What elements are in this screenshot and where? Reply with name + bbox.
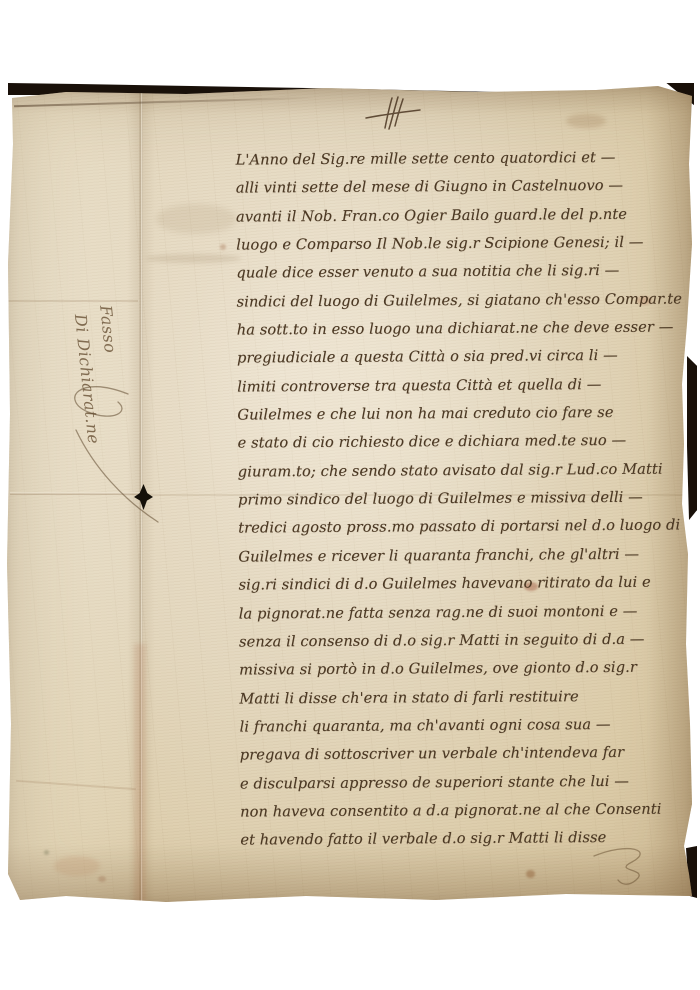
fold-discoloration <box>134 644 146 906</box>
manuscript-line: quale dice esser venuto a sua notitia ch… <box>236 262 676 293</box>
manuscript-line: la pignorat.ne fatta senza rag.ne di suo… <box>239 602 679 633</box>
manuscript-line: pregiudiciale a questa Città o sia pred.… <box>237 347 677 378</box>
scanned-letter-page: Fasso Di Dichiarat.ne L'Anno del Sig.re … <box>0 0 700 990</box>
bleed-through-smudge <box>146 254 241 263</box>
bleed-through-smudge <box>156 204 236 234</box>
manuscript-line: non haveva consentito a d.a pignorat.ne … <box>240 800 680 831</box>
cross-mark-icon <box>362 92 426 132</box>
paper-stain <box>220 244 226 250</box>
manuscript-paper: Fasso Di Dichiarat.ne L'Anno del Sig.re … <box>6 84 698 906</box>
manuscript-line: pregava di sottoscriver un verbale ch'in… <box>240 744 680 775</box>
manuscript-line: tredici agosto pross.mo passato di porta… <box>238 517 678 548</box>
manuscript-line: e stato di cio richiesto dice e dichiara… <box>238 432 678 463</box>
manuscript-line: L'Anno del Sig.re mille sette cento quat… <box>236 148 676 179</box>
docket-paraph-icon <box>58 372 188 622</box>
manuscript-line: Guilelmes e ricever li quaranta franchi,… <box>238 545 678 576</box>
manuscript-line: alli vinti sette del mese di Giugno in C… <box>236 177 676 208</box>
manuscript-line: missiva si portò in d.o Guilelmes, ove g… <box>239 659 679 690</box>
paper-speck <box>44 850 49 855</box>
manuscript-line: Guilelmes e che lui non ha mai creduto c… <box>237 404 677 435</box>
manuscript-line: li franchi quaranta, ma ch'avanti ogni c… <box>239 715 679 746</box>
manuscript-line: limiti controverse tra questa Città et q… <box>237 375 677 406</box>
paper-speck <box>98 876 106 882</box>
backdrop-right-sliver <box>687 356 697 520</box>
manuscript-line: sindici del luogo di Guilelmes, si giata… <box>237 290 677 321</box>
manuscript-line: luogo e Comparso Il Nob.le sig.r Scipion… <box>236 234 676 265</box>
letter-body: L'Anno del Sig.re mille sette cento quat… <box>236 148 681 860</box>
manuscript-line: e disculparsi appresso de superiori stan… <box>240 772 680 803</box>
manuscript-line: avanti il Nob. Fran.co Ogier Bailo guard… <box>236 205 676 236</box>
crease-line <box>8 300 138 302</box>
manuscript-line: senza il consenso di d.o sig.r Matti in … <box>239 630 679 661</box>
manuscript-line: Matti li disse ch'era in stato di farli … <box>239 687 679 718</box>
end-flourish-icon <box>588 844 668 900</box>
manuscript-line: giuram.to; che sendo stato avisato dal s… <box>238 460 678 491</box>
manuscript-line: sig.ri sindici di d.o Guilelmes havevano… <box>239 574 679 605</box>
manuscript-line: primo sindico del luogo di Guilelmes e m… <box>238 489 678 520</box>
paper-stain <box>54 856 100 876</box>
manuscript-line: ha sott.to in esso luogo una dichiarat.n… <box>237 319 677 350</box>
paper-stain <box>566 114 606 128</box>
ink-stain <box>526 870 535 878</box>
